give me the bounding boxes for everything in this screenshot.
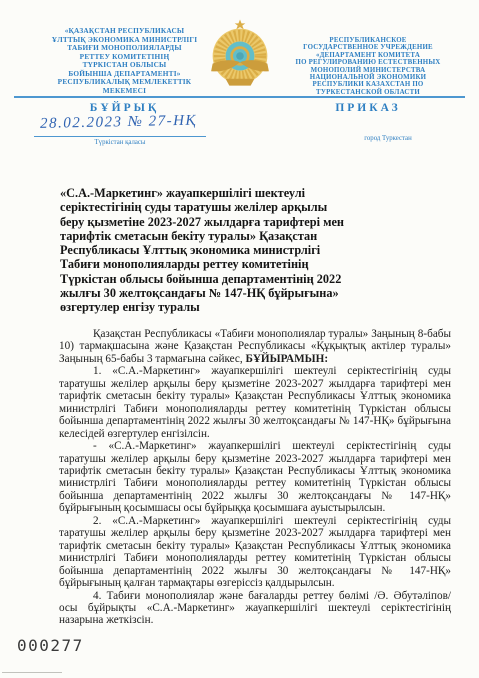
body-paragraph-item-4: 4. Табиғи монополиялар және бағаларды ре… bbox=[59, 590, 451, 627]
order-heading-ru: ПРИКАЗ bbox=[268, 102, 468, 114]
place-label-ru: город Туркестан bbox=[348, 135, 428, 142]
date-underline bbox=[34, 136, 206, 137]
header-divider bbox=[14, 96, 465, 98]
form-number: 000277 bbox=[17, 636, 84, 655]
intro-paragraph: Қазақстан Республикасы «Табиғи монополия… bbox=[59, 328, 451, 365]
body-paragraph-dash: - «С.А.-Маркетинг» жауапкершілігі шектеу… bbox=[59, 440, 451, 515]
document-title: «С.А.-Маркетинг» жауапкершілігі шектеулі… bbox=[60, 186, 438, 315]
document-body: Қазақстан Республикасы «Табиғи монополия… bbox=[59, 328, 451, 627]
order-date-number-handwritten: 28.02.2023 № 27-НҚ bbox=[40, 112, 220, 133]
org-name-kk: «ҚАЗАҚСТАН РЕСПУБЛИКАСЫ ҰЛТТЫҚ ЭКОНОМИКА… bbox=[22, 27, 227, 95]
star-icon bbox=[235, 20, 246, 30]
org-name-ru: РЕСПУБЛИКАНСКОЕ ГОСУДАРСТВЕННОЕ УЧРЕЖДЕН… bbox=[268, 37, 468, 96]
kazakhstan-coat-of-arms-icon bbox=[202, 15, 278, 97]
body-paragraph-item-2: 2. «С.А.-Маркетинг» жауапкершілігі шекте… bbox=[59, 515, 451, 590]
place-label-kk: Түркістан қаласы bbox=[34, 139, 206, 146]
resolve-word: БҰЙЫРАМЫН: bbox=[245, 353, 328, 365]
body-paragraph-item-1: 1. «С.А.-Маркетинг» жауапкершілігі шекте… bbox=[59, 365, 451, 440]
scan-artifact-line bbox=[2, 672, 62, 673]
scanned-order-document: «ҚАЗАҚСТАН РЕСПУБЛИКАСЫ ҰЛТТЫҚ ЭКОНОМИКА… bbox=[0, 0, 479, 678]
